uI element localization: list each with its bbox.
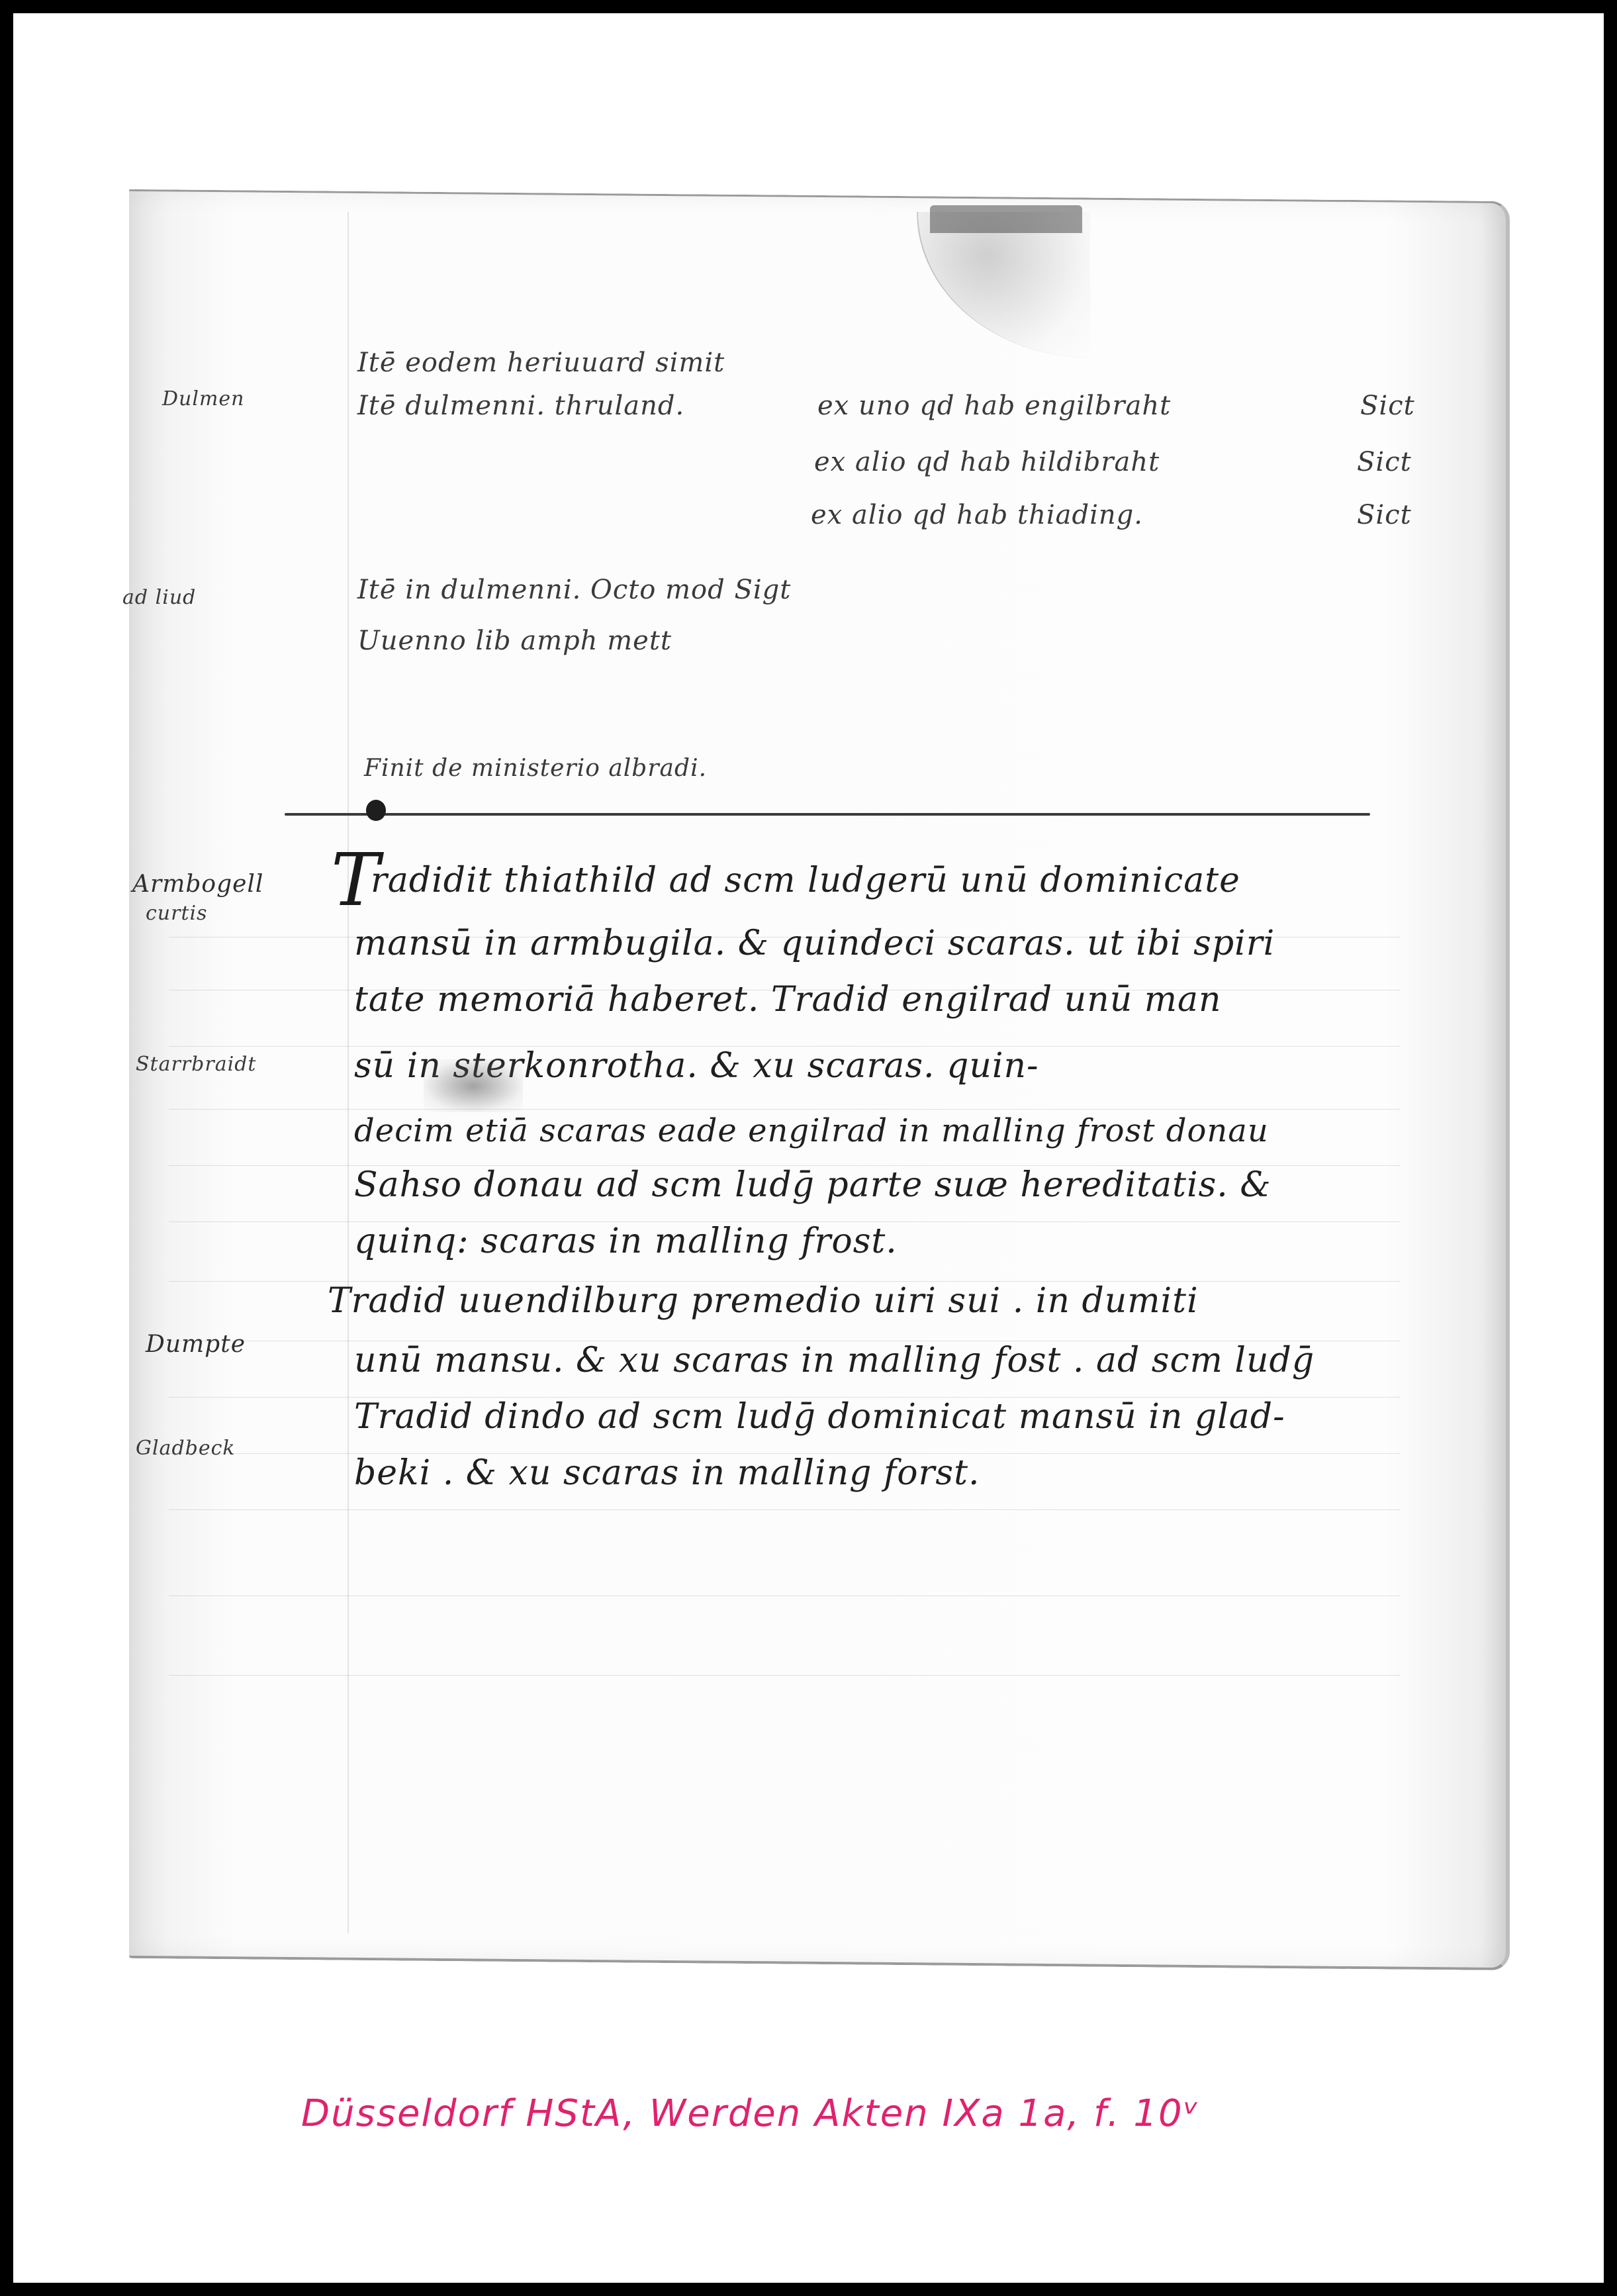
entry-text: ex alio qd hab hildibraht — [814, 447, 1160, 477]
text-line: Itē eodem heriuuard simit — [357, 348, 725, 378]
margin-note-dumpte: Dumpte — [146, 1331, 246, 1358]
entry-mark: Sict — [1357, 447, 1412, 477]
archive-shelfmark: Düsseldorf HStA, Werden Akten IXa 1a, f.… — [301, 2092, 1200, 2135]
text-line: Itē in dulmenni. Octo mod Sigt — [357, 575, 791, 605]
text-line: Tradid dindo ad scm ludḡ dominicat mansū… — [354, 1397, 1285, 1437]
text-line: Sahso donau ad scm ludḡ parte suæ heredi… — [354, 1165, 1271, 1205]
text-line: unū mansu. & xu scaras in malling fost .… — [354, 1341, 1315, 1380]
text-line: quinq: scaras in malling frost. — [354, 1221, 898, 1261]
ruling-line — [169, 1596, 1400, 1596]
text-line: Uuenno lib amph mett — [357, 626, 672, 656]
ruling-line — [169, 1675, 1400, 1676]
margin-note-gladbeck: Gladbeck — [136, 1437, 236, 1460]
margin-note-armbogell: Armbogell — [132, 871, 263, 898]
entry-mark: Sict — [1357, 500, 1412, 530]
punch-hole — [366, 800, 386, 821]
margin-note-curtis: curtis — [146, 902, 208, 925]
section-divider — [285, 813, 1370, 816]
entry-mark: Sict — [1360, 391, 1415, 421]
margin-note-dulmen: Dulmen — [162, 387, 245, 410]
text-line: Tradid uuendilburg premedio uiri sui . i… — [328, 1281, 1199, 1321]
ruling-line — [169, 1509, 1400, 1510]
text-line: tate memoriā haberet. Tradid engilrad un… — [354, 980, 1222, 1020]
margin-note-ad-liud: ad liud — [122, 586, 196, 609]
ruling-line — [169, 1109, 1400, 1110]
margin-note-starrbraidt: Starrbraidt — [136, 1053, 256, 1076]
entry-text: ex alio qd hab thiading. — [811, 500, 1143, 530]
closing-line: Finit de ministerio albradi. — [364, 755, 707, 782]
ink-smudge — [424, 1059, 523, 1112]
entry-text: ex uno qd hab engilbraht — [817, 391, 1171, 421]
text-line: beki . & xu scaras in malling forst. — [354, 1453, 980, 1493]
text-line: mansū in armbugila. & quindeci scaras. u… — [354, 924, 1275, 963]
text-line: decim etiā scaras eade engilrad in malli… — [354, 1112, 1269, 1149]
text-line: Itē dulmenni. thruland. — [357, 391, 684, 421]
text-line: radidit thiathild ad scm ludgerū unū dom… — [371, 861, 1240, 900]
